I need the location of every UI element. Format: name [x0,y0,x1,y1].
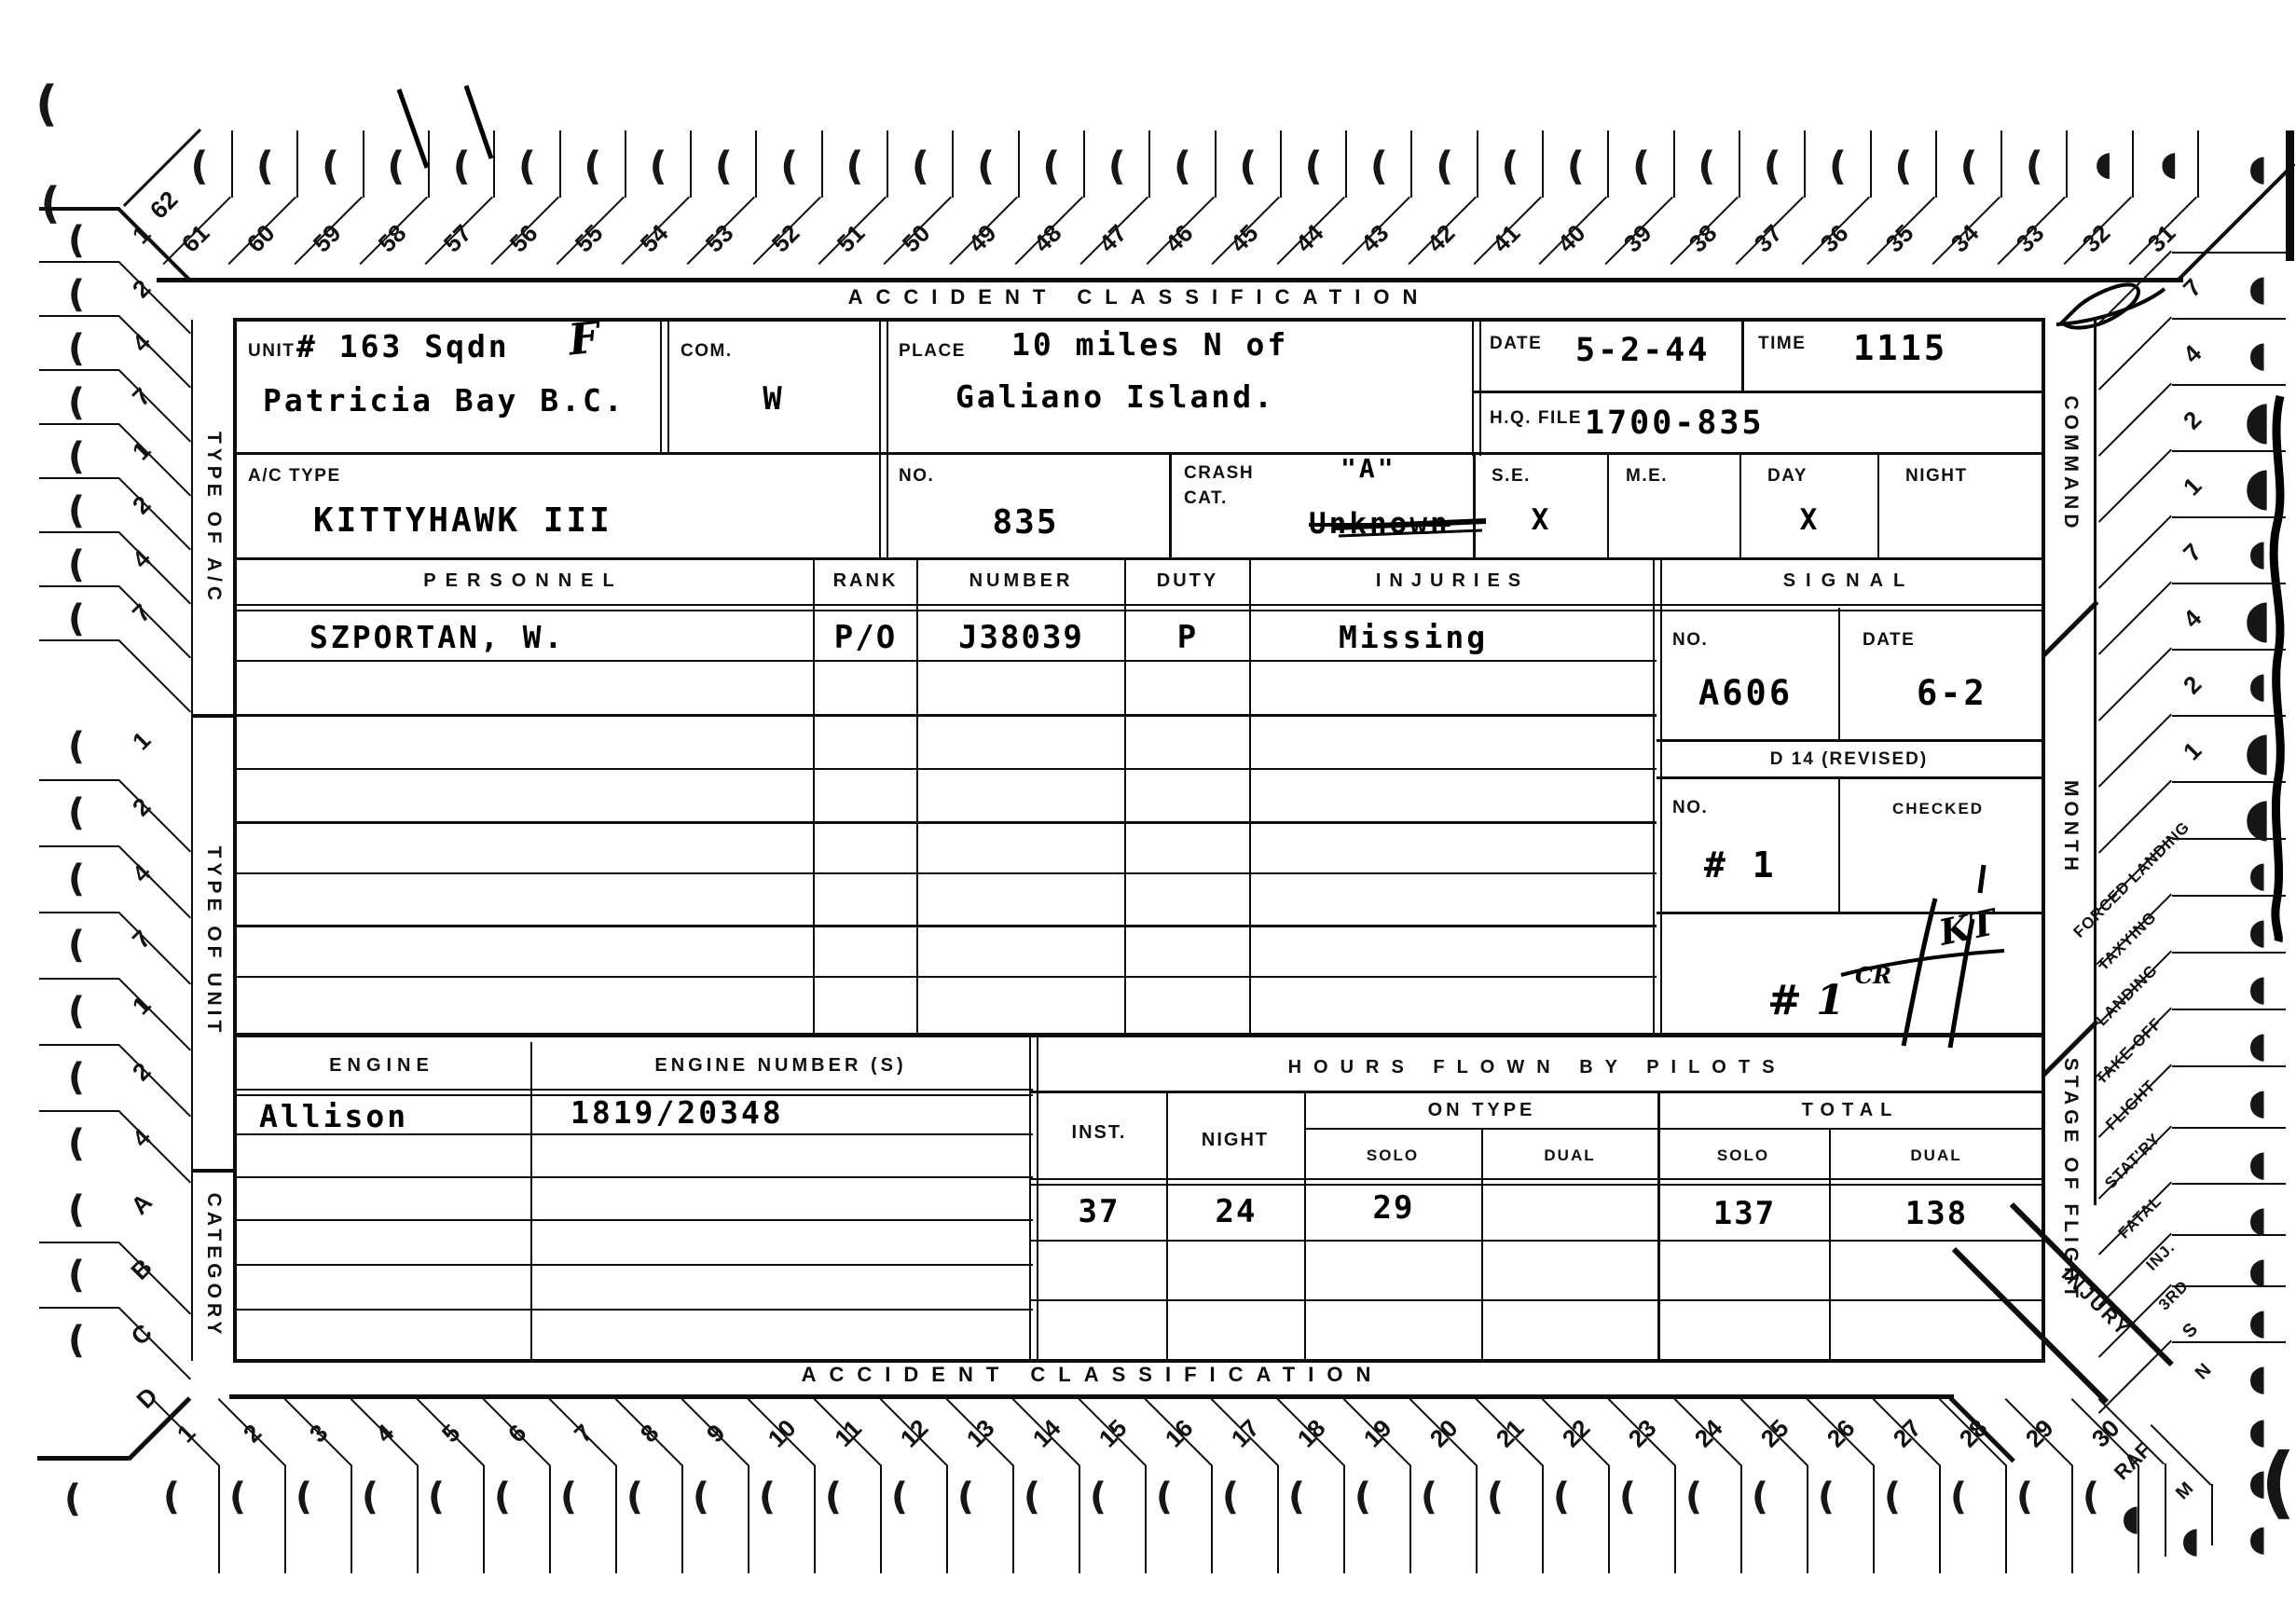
left-strip-edge [39,1044,119,1046]
punch-hole-open-icon: ( [68,435,85,478]
scrawl-slash-2 [1950,919,1973,1048]
bottom-strip-edge [483,1465,485,1573]
punch-hole-open-icon: ( [387,144,405,189]
bottom-strip-edge [1807,1465,1808,1573]
bottom-strip-edge [1211,1465,1213,1573]
grid-line [229,1394,1954,1399]
punch-hole-filled-icon: ◖ [2244,721,2272,782]
punch-hole-filled-icon: ◖ [2248,1199,2267,1240]
m-strip-edge [2211,1484,2213,1545]
strike-mark [1333,521,1486,528]
punch-hole-open-icon: ( [68,327,85,370]
punch-hole-open-icon: ( [1894,144,1912,189]
grid-line [1838,776,1840,913]
bottom-strip-edge [1079,1465,1080,1573]
bottom-strip-edge [1343,1465,1345,1573]
right-strip-edge [2172,1127,2286,1129]
scrawl-slash-1 [1904,899,1935,1046]
top-strip-edge [2066,130,2068,198]
punch-hole-open-icon: ( [1487,1476,1504,1518]
grid-line [1829,1130,1831,1361]
punch-hole-filled-icon: ◖ [2248,1301,2267,1342]
punch-hole-open-icon: ( [1884,1476,1901,1518]
top-strip-edge [887,130,888,198]
punch-hole-open-icon: ( [1698,144,1715,189]
grid-line [233,1089,1033,1091]
punch-hole-open-icon: ( [1090,1476,1107,1518]
bottom-strip-edge [1740,1465,1742,1573]
punched-edge-squiggle [2274,396,2280,941]
grid-line [233,821,1657,824]
grid-line [191,714,233,718]
punch-hole-open-icon: ( [362,1476,378,1518]
top-strip-edge [690,130,692,198]
punch-hole-open-icon: ( [1567,144,1585,189]
grid-line [233,1133,1033,1135]
punch-hole-open-icon: ( [68,858,85,900]
top-strip-edge [2197,130,2199,198]
grid-line [879,318,881,559]
punch-hole-open-icon: ( [68,1319,85,1362]
grid-line [2042,318,2045,1363]
punch-hole-open-icon: ( [68,543,85,586]
grid-line [233,452,2045,455]
top-strip-edge [1673,130,1675,198]
punch-hole-open-icon: ( [68,381,85,424]
punch-hole-open-icon: ( [1501,144,1519,189]
grid-line [233,976,1657,978]
grid-line [887,318,888,559]
grid-line [1473,452,1476,559]
grid-line [2286,130,2294,261]
punch-hole-open-icon: ( [1959,144,1977,189]
grid-line [1660,557,1662,1036]
right-strip-edge [2172,952,2286,954]
bottom-strip-edge [1409,1465,1411,1573]
top-strip-edge [2000,130,2002,198]
grid-line [191,1169,233,1173]
top-strip-edge [821,130,823,198]
grid-line [233,1264,1033,1266]
grid-line [233,1033,2045,1037]
bottom-strip-edge [748,1465,749,1573]
punch-hole-filled-icon: ◖ [2248,854,2267,895]
punch-hole-filled-icon: ◖ [2244,391,2272,451]
grid-line [233,1094,1033,1096]
punch-hole-filled-icon: ◖ [2248,268,2267,309]
grid-line [1031,1178,2043,1180]
punch-hole-open-icon: ( [322,144,339,189]
right-strip-edge [2172,895,2286,897]
punch-hole-open-icon: ( [1288,1476,1305,1518]
punch-hole-open-icon: ( [256,144,274,189]
grid-line [1877,452,1879,559]
punch-hole-filled-icon: ◖ [2248,1517,2267,1558]
top-strip-edge [1870,130,1872,198]
punch-hole-open-icon: ( [35,76,58,132]
punch-hole-open-icon: ( [296,1476,312,1518]
strike-mark-2 [1339,530,1482,536]
punch-hole-open-icon: ( [40,178,60,228]
bottom-strip-edge [1012,1465,1014,1573]
bottom-strip-edge [946,1465,948,1573]
bottom-strip-edge [1939,1465,1941,1573]
punch-hole-open-icon: ( [891,1476,908,1518]
grid-line [1607,452,1609,559]
punch-hole-filled-icon: ◖ [2248,147,2267,188]
punch-hole-open-icon: ( [1370,144,1388,189]
punch-hole-open-icon: ( [2016,1476,2033,1518]
punch-hole-open-icon: ( [759,1476,776,1518]
punch-hole-open-icon: ( [846,144,863,189]
grid-line [1031,1299,2043,1301]
grid-line [530,1042,532,1361]
top-strip-edge [952,130,954,198]
grid-line [1657,912,2043,914]
grid-line [233,1176,1033,1178]
right-strip-edge [2172,318,2286,320]
punch-hole-open-icon: ( [1950,1476,1967,1518]
punch-hole-open-icon: ( [68,791,85,834]
grid-line [233,925,1657,927]
bottom-strip-edge [284,1465,286,1573]
punch-hole-open-icon: ( [163,1476,180,1518]
top-strip-edge [428,130,430,198]
bottom-strip-edge [2005,1465,2007,1573]
raf-strip-edge [2165,1463,2166,1557]
top-strip-edge [625,130,626,198]
punch-hole-open-icon: ( [1354,1476,1371,1518]
right-strip-edge [2172,715,2286,717]
punch-hole-open-icon: ( [626,1476,643,1518]
punch-hole-open-icon: ( [1436,144,1453,189]
top-strip-edge [1148,130,1150,198]
punch-hole-open-icon: ( [518,144,536,189]
punch-hole-open-icon: ( [1752,1476,1768,1518]
grid-line [1741,318,1744,392]
left-band-label: CATEGORY [202,1193,225,1339]
bottom-strip-edge [1674,1465,1676,1573]
punch-hole-filled-icon: ◖ [2248,1357,2267,1398]
punch-hole-open-icon: ( [68,1254,85,1297]
grid-line [37,1456,129,1461]
right-strip-edge [2172,384,2286,386]
top-strip-edge [1280,130,1282,198]
punch-hole-open-icon: ( [428,1476,445,1518]
grid-line [233,1219,1033,1221]
grid-line [1249,557,1251,1036]
punch-hole-filled-icon: ◖ [2248,911,2267,952]
right-strip-edge [2172,1183,2286,1185]
punch-hole-filled-icon: ◖ [2161,145,2179,184]
punch-hole-open-icon: ( [912,144,929,189]
grid-line [233,604,2045,606]
grid-line [233,872,1657,874]
grid-line [1739,452,1741,559]
punch-hole-open-icon: ( [1042,144,1060,189]
punch-hole-open-icon: ( [68,725,85,768]
punch-hole-open-icon: ( [453,144,471,189]
top-strip-edge [1083,130,1085,198]
grid-line [233,610,2045,611]
top-strip-edge [1804,130,1806,198]
grid-line [1031,1091,2043,1093]
grid-line [1657,1092,1660,1361]
punch-hole-open-icon: ( [1553,1476,1570,1518]
accident-classification-card: ACCIDENT CLASSIFICATION ACCIDENT CLASSIF… [0,0,2296,1606]
punch-hole-open-icon: ( [229,1476,246,1518]
grid-line [1124,557,1126,1036]
grid-line [916,557,918,1036]
punch-hole-open-icon: ( [1764,144,1781,189]
grid-line [233,768,1657,770]
punch-hole-open-icon: ( [68,924,85,967]
bottom-strip-edge [549,1465,551,1573]
grid-line [233,318,237,1363]
bottom-strip-edge [814,1465,816,1573]
grid-line [1657,739,2043,742]
right-strip-edge [2172,1234,2286,1236]
top-strip-edge [559,130,561,198]
left-band-label: TYPE OF UNIT [202,846,225,1037]
top-strip-edge [1607,130,1609,198]
punch-hole-filled-icon: ◖ [2244,788,2272,848]
top-strip-edge [1410,130,1412,198]
grid-line [191,320,193,1361]
bottom-strip-edge [1608,1465,1610,1573]
punch-hole-open-icon: ( [715,144,733,189]
grid-line [1166,1092,1168,1361]
grid-line [813,557,815,1036]
grid-line [233,557,2045,560]
top-strip-edge [1215,130,1217,198]
right-band-label: MONTH [2059,780,2082,875]
right-band-label: COMMAND [2059,396,2082,533]
punch-hole-filled-icon: ◖ [2248,1462,2267,1503]
grid-line [1031,1184,2043,1186]
grid-line [1304,1092,1306,1361]
grid-line [1473,391,2043,393]
punch-hole-open-icon: ( [1619,1476,1636,1518]
top-strip-edge [363,130,364,198]
punch-hole-filled-icon: ◖ [2248,1024,2267,1065]
bottom-strip-edge [1476,1465,1478,1573]
punch-hole-filled-icon: ◖ [2248,1250,2267,1291]
punch-hole-open-icon: ( [1156,1476,1173,1518]
bottom-strip-edge [417,1465,419,1573]
punch-hole-filled-icon: ◖ [2248,1143,2267,1184]
grid-line [233,714,1657,717]
left-strip-edge [39,1242,119,1243]
punch-hole-open-icon: ( [1222,1476,1239,1518]
punch-hole-open-icon: ( [560,1476,577,1518]
bottom-strip-edge [880,1465,882,1573]
bottom-strip-edge [351,1465,352,1573]
right-strip-edge [2172,583,2286,584]
left-strip-edge [39,1110,119,1112]
top-strip-edge [1345,130,1347,198]
grid-line [1037,1036,1038,1361]
punch-hole-filled-icon: ◖ [2122,1497,2140,1538]
grid-line [1653,557,1655,1036]
grid-line [1838,608,1840,741]
punch-hole-open-icon: ( [1108,144,1126,189]
left-strip-edge [39,978,119,980]
punch-hole-open-icon: ( [1685,1476,1702,1518]
punch-hole-filled-icon: ◖ [2248,665,2267,706]
punch-hole-open-icon: ( [64,1477,81,1520]
punch-hole-open-icon: ( [68,273,85,316]
right-strip-edge [2172,1009,2286,1010]
grid-line [1029,1036,1031,1361]
right-strip-edge [2172,1341,2286,1343]
punch-hole-open-icon: ( [1632,144,1650,189]
grid-line [1472,318,1474,456]
left-strip-edge [39,912,119,913]
top-strip-edge [1935,130,1937,198]
bottom-strip-edge [615,1465,617,1573]
left-strip-edge [39,1307,119,1309]
top-strip-edge [1739,130,1740,198]
punch-hole-open-icon: ( [68,489,85,532]
grid-line [1031,1240,2043,1242]
top-strip-edge [755,130,757,198]
punch-hole-open-icon: ( [584,144,601,189]
punch-hole-open-icon: ( [190,144,208,189]
grid-line [1305,1128,2043,1130]
punch-hole-open-icon: ( [957,1476,974,1518]
punch-hole-open-icon: ( [649,144,667,189]
left-strip-edge [39,779,119,781]
punch-hole-open-icon: ( [494,1476,511,1518]
top-strip-edge [1477,130,1478,198]
grid-line [157,278,2183,282]
punch-hole-open-icon: ( [1829,144,1847,189]
grid-line [1657,776,2043,779]
top-strip-edge [493,130,495,198]
grid-line [667,318,669,454]
left-band-label: TYPE OF A/C [202,432,225,605]
punch-hole-open-icon: ( [693,1476,709,1518]
punch-hole-open-icon: ( [1421,1476,1437,1518]
punch-hole-filled-icon: ◖ [2248,1410,2267,1451]
punch-hole-open-icon: ( [1174,144,1191,189]
top-strip-edge [231,130,233,198]
grid-line [1169,452,1172,559]
punch-hole-filled-icon: ◖ [2248,532,2267,573]
punch-hole-open-icon: ( [2026,144,2043,189]
grid-line [233,660,1657,662]
left-strip-edge [39,207,119,211]
punch-hole-open-icon: ( [1818,1476,1835,1518]
left-strip-edge [39,845,119,847]
bottom-strip-edge [1542,1465,1544,1573]
punch-hole-filled-icon: ◖ [2248,334,2267,375]
scrawl-tick [1980,865,1984,893]
top-strip-edge [1542,130,1544,198]
punch-hole-open-icon: ( [825,1476,842,1518]
punch-hole-filled-icon: ◖ [2248,968,2267,1009]
grid-line [660,318,662,454]
bottom-strip-edge [2071,1465,2073,1573]
bottom-strip-edge [1277,1465,1279,1573]
grid-line [233,318,2045,322]
top-strip-edge [296,130,298,198]
punch-hole-filled-icon: ◖ [2244,589,2272,650]
grid-line [233,1309,1033,1311]
punch-hole-open-icon: ( [68,219,85,262]
punch-hole-open-icon: ( [68,597,85,640]
punch-hole-open-icon: ( [68,1122,85,1165]
top-strip-edge [2132,130,2134,198]
punch-hole-filled-icon: ◖ [2181,1519,2200,1560]
punch-hole-filled-icon: ◖ [2244,457,2272,517]
right-strip-edge [2172,1065,2286,1067]
top-strip-edge [1018,130,1020,198]
punch-hole-open-icon: ( [68,1188,85,1231]
punch-hole-filled-icon: ◖ [2095,145,2112,184]
right-strip-edge [2172,252,2286,254]
bottom-strip-edge [1145,1465,1147,1573]
grid-line [1479,318,1481,456]
punch-hole-filled-icon: ◖ [2248,1081,2267,1122]
grid-line [233,1359,2045,1363]
punch-hole-open-icon: ( [68,1056,85,1099]
punch-hole-open-icon: ( [1024,1476,1040,1518]
punch-hole-open-icon: ( [780,144,798,189]
bottom-strip-edge [681,1465,683,1573]
grid-line [1481,1130,1483,1361]
punch-hole-open-icon: ( [2083,1476,2099,1518]
bottom-strip-edge [1873,1465,1875,1573]
punch-hole-open-icon: ( [68,990,85,1033]
punch-hole-open-icon: ( [1239,144,1257,189]
punch-hole-open-icon: ( [977,144,995,189]
punch-hole-open-icon: ( [1304,144,1322,189]
bottom-strip-edge [218,1465,220,1573]
